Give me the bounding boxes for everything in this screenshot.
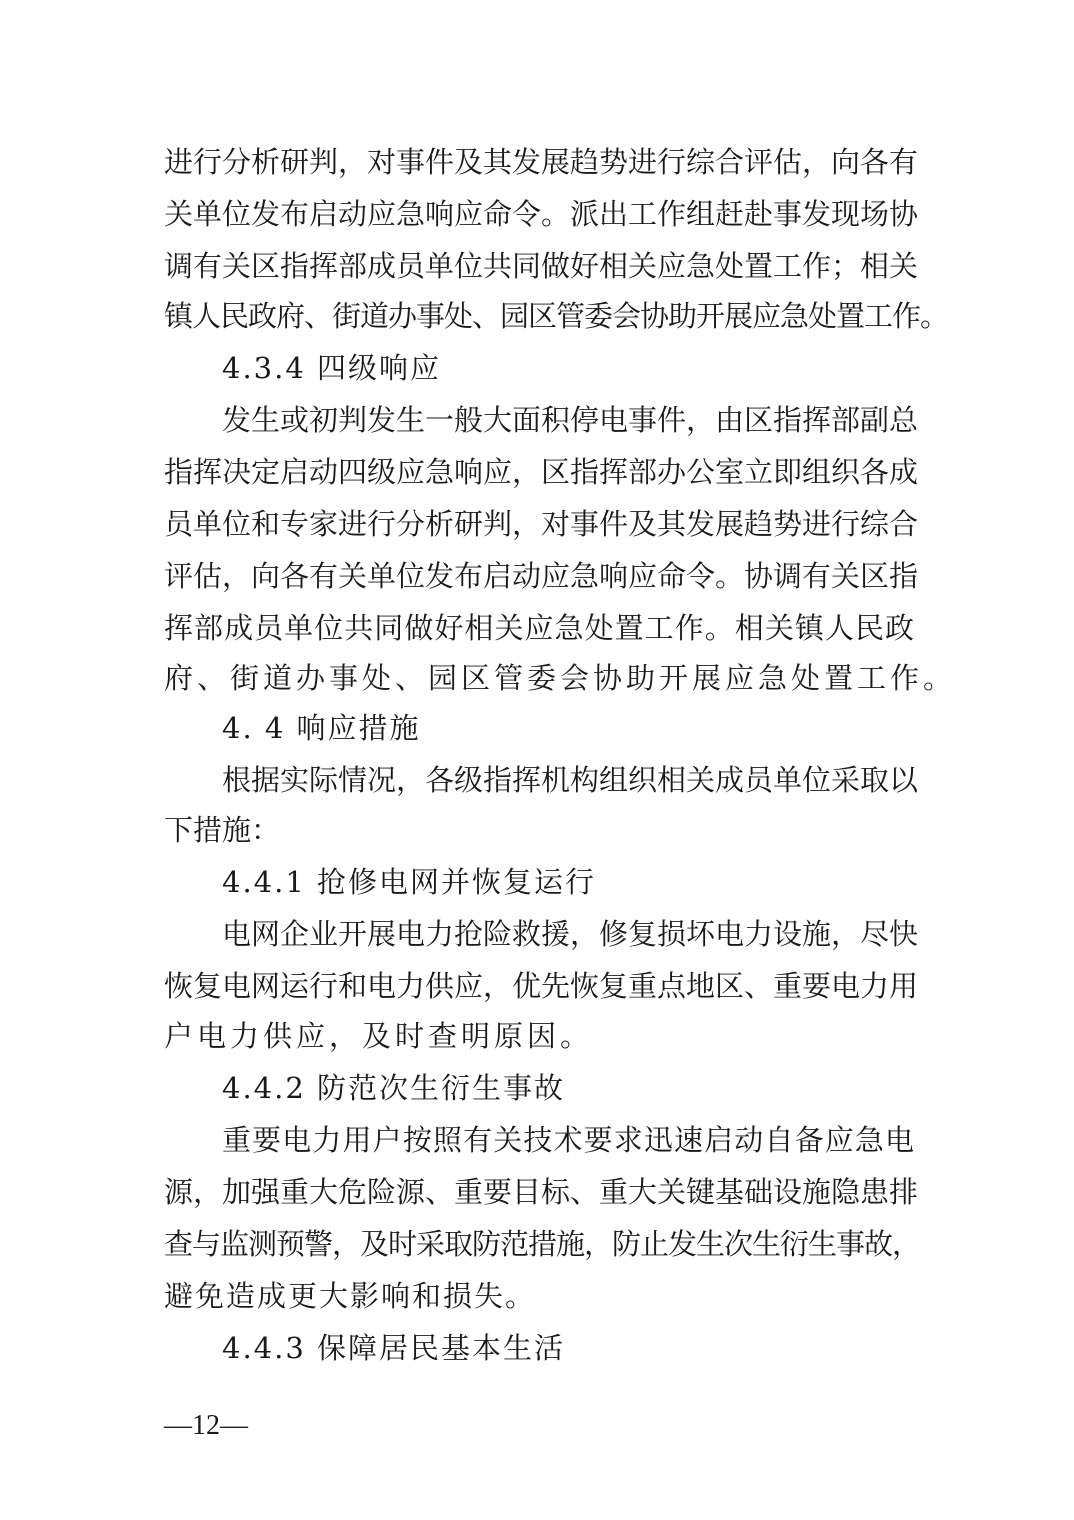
paragraph-line: 发生或初判发生一般大面积停电事件，由区指挥部副总 (222, 394, 914, 446)
paragraph-line: 关单位发布启动应急响应命令。派出工作组赶赴事发现场协 (164, 188, 914, 240)
paragraph-line: 调有关区指挥部成员单位共同做好相关应急处置工作；相关 (164, 240, 914, 292)
paragraph-line: 电网企业开展电力抢险救援，修复损坏电力设施，尽快 (222, 908, 914, 960)
section-heading-4-4-1: 4.4.1 抢修电网并恢复运行 (222, 856, 914, 908)
paragraph-line: 府、街道办事处、园区管委会协助开展应急处置工作。 (164, 652, 914, 704)
paragraph-line: 指挥决定启动四级应急响应，区指挥部办公室立即组织各成 (164, 446, 914, 498)
paragraph-line: 挥部成员单位共同做好相关应急处置工作。相关镇人民政 (164, 602, 914, 654)
paragraph-line: 下措施： (164, 804, 914, 856)
paragraph-line: 重要电力用户按照有关技术要求迅速启动自备应急电 (222, 1114, 914, 1166)
section-heading-4-3-4: 4.3.4 四级响应 (222, 342, 914, 394)
paragraph-line: 户电力供应，及时查明原因。 (164, 1010, 914, 1062)
paragraph-line: 进行分析研判，对事件及其发展趋势进行综合评估，向各有 (164, 136, 914, 188)
paragraph-line: 评估，向各有关单位发布启动应急响应命令。协调有关区指 (164, 550, 914, 602)
paragraph-line: 查与监测预警，及时采取防范措施，防止发生次生衍生事故， (164, 1218, 914, 1270)
paragraph-line: 根据实际情况，各级指挥机构组织相关成员单位采取以 (222, 754, 914, 806)
paragraph-line: 员单位和专家进行分析研判，对事件及其发展趋势进行综合 (164, 498, 914, 550)
paragraph-line: 恢复电网运行和电力供应，优先恢复重点地区、重要电力用 (164, 960, 914, 1012)
paragraph-line: 源，加强重大危险源、重要目标、重大关键基础设施隐患排 (164, 1166, 914, 1218)
section-heading-4-4-2: 4.4.2 防范次生衍生事故 (222, 1062, 914, 1114)
document-page: 进行分析研判，对事件及其发展趋势进行综合评估，向各有 关单位发布启动应急响应命令… (0, 0, 1074, 1520)
page-number: —12— (164, 1406, 248, 1446)
paragraph-line: 镇人民政府、街道办事处、园区管委会协助开展应急处置工作。 (164, 290, 914, 342)
section-heading-4-4: 4. 4 响应措施 (222, 702, 914, 754)
paragraph-line: 避免造成更大影响和损失。 (164, 1270, 914, 1322)
section-heading-4-4-3: 4.4.3 保障居民基本生活 (222, 1322, 914, 1374)
